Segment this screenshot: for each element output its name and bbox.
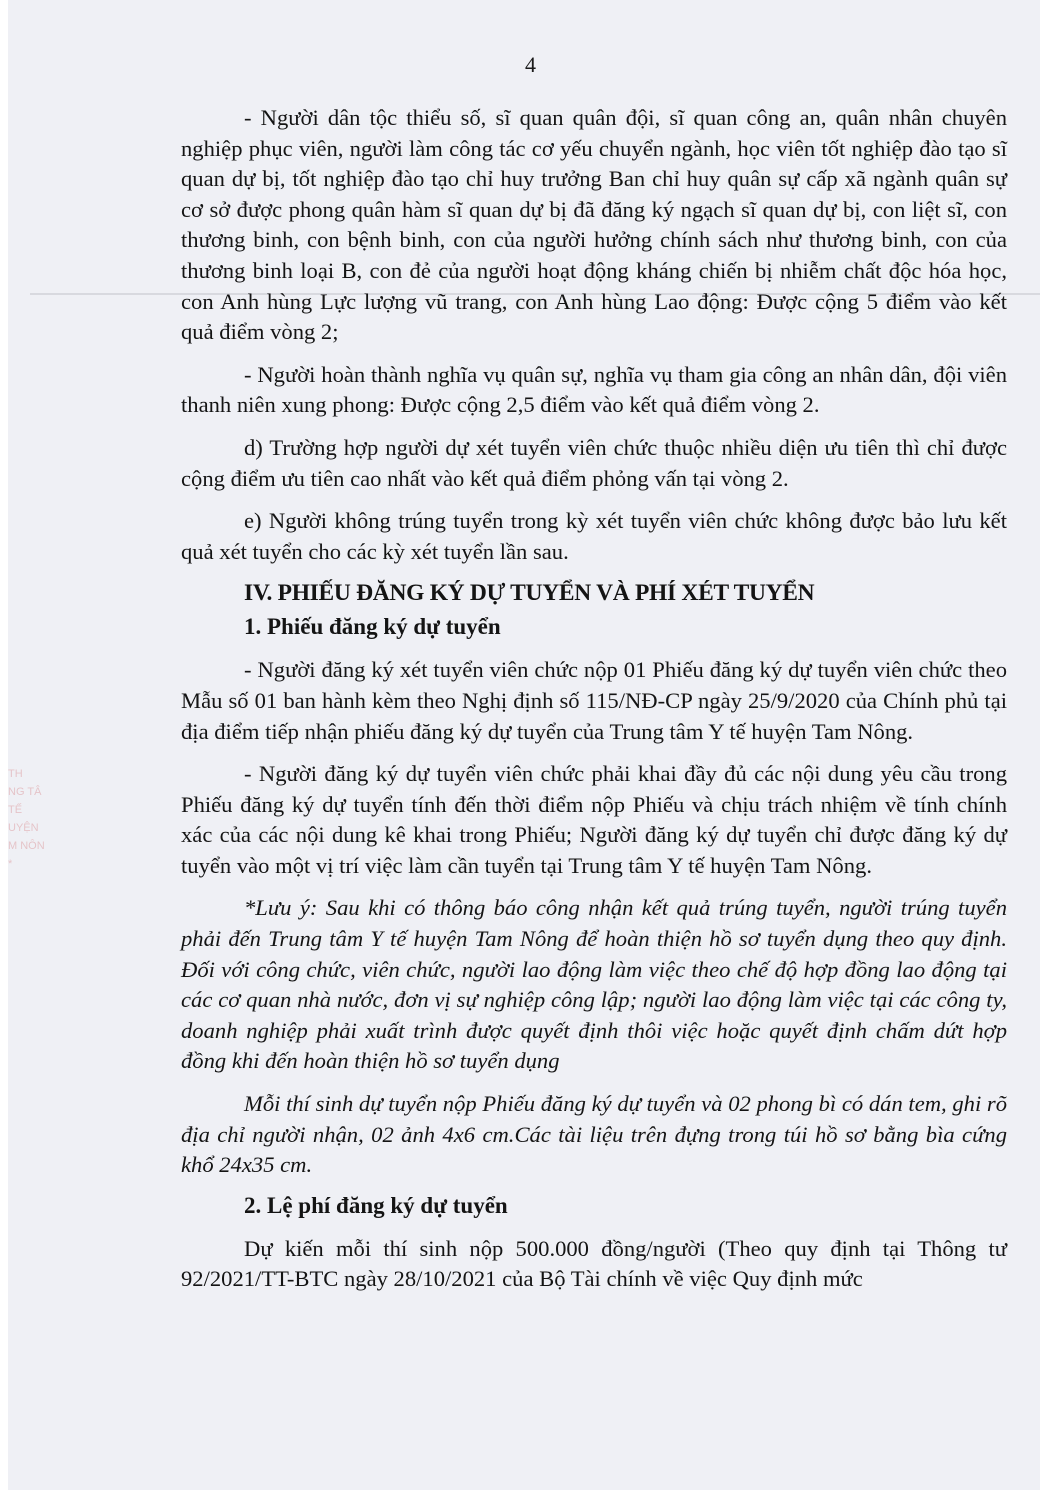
form-item-submit: - Người đăng ký xét tuyển viên chức nộp …	[181, 655, 1007, 747]
stamp-line: *	[8, 855, 48, 873]
red-seal-stamp-fragment: TH NG TÂ TẾ UYỆN M NÔN *	[8, 765, 48, 905]
fee-paragraph: Dự kiến mỗi thí sinh nộp 500.000 đồng/ng…	[181, 1234, 1007, 1295]
stamp-line: NG TÂ	[8, 783, 48, 801]
stamp-line: M NÔN	[8, 837, 48, 855]
stamp-line: TH	[8, 765, 48, 783]
document-body: - Người dân tộc thiểu số, sĩ quan quân đ…	[181, 103, 1007, 1295]
stamp-line: UYỆN	[8, 819, 48, 837]
form-item-declare: - Người đăng ký dự tuyển viên chức phải …	[181, 759, 1007, 881]
clause-d: d) Trường hợp người dự xét tuyển viên ch…	[181, 433, 1007, 494]
priority-item-military-service: - Người hoàn thành nghĩa vụ quân sự, ngh…	[181, 360, 1007, 421]
clause-e: e) Người không trúng tuyển trong kỳ xét …	[181, 506, 1007, 567]
page-number: 4	[0, 52, 1061, 78]
section-iv-heading: IV. PHIẾU ĐĂNG KÝ DỰ TUYỂN VÀ PHÍ XÉT TU…	[181, 577, 1007, 610]
submission-note: Mỗi thí sinh dự tuyển nộp Phiếu đăng ký …	[181, 1089, 1007, 1181]
subsection-1-heading: 1. Phiếu đăng ký dự tuyển	[181, 610, 1007, 643]
note-paragraph: *Lưu ý: Sau khi có thông báo công nhận k…	[181, 893, 1007, 1077]
priority-item-ethnic-military: - Người dân tộc thiểu số, sĩ quan quân đ…	[181, 103, 1007, 348]
subsection-2-heading: 2. Lệ phí đăng ký dự tuyển	[181, 1189, 1007, 1222]
stamp-line: TẾ	[8, 801, 48, 819]
